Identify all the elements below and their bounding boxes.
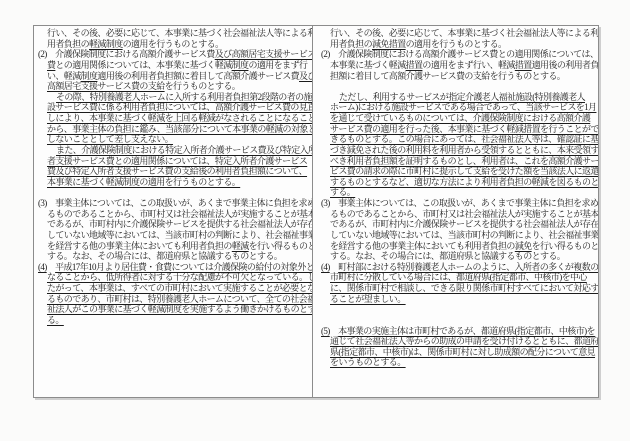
- revised-text-run: 町村部における特別養護老人ホームのように、入所者の多くが複数の: [338, 262, 598, 272]
- text-run: であるが、市町村内に介護保険サービスを提供する社会福祉法人が存在: [330, 219, 598, 229]
- text-line: (4) 町村部における特別養護老人ホームのように、入所者の多くが複数の: [320, 262, 596, 273]
- text-line: たがって、本事業は、すべての市町村において実施することが必要とな: [37, 283, 310, 294]
- text-line: 費との適用関係については、本事業に基づく軽減制度の適用をまず行: [37, 60, 310, 71]
- text-line: 行い、その後、必要に応じて、本事業に基づく社会福祉法人等による利: [37, 28, 310, 39]
- blank-line: [37, 187, 310, 198]
- text-line: なることから、低所得者に対する十分な配慮が不可欠となっている。し: [37, 272, 310, 283]
- text-run: 用者負担の: [330, 39, 372, 49]
- text-run: との適用関係については、本事業に基づく軽減: [55, 60, 231, 70]
- revised-text-run: 減免: [515, 241, 532, 251]
- revised-text-run: しないこととして差し支えない。: [47, 134, 173, 144]
- revised-text-run: 祉法人がこの事業に基づく軽減制度を実施するよう働きかけるものとす: [47, 304, 313, 314]
- text-run: るものであることから、市町村又は社会福祉法人が実施することが基本: [330, 209, 598, 219]
- text-run: (3) 事業主体については、この取扱いが、あくまで事業主体に負担を求め: [321, 198, 598, 208]
- text-line: (3) 事業主体については、この取扱いが、あくまで事業主体に負担を求め: [37, 198, 310, 209]
- text-run: [330, 262, 338, 272]
- text-line: また、介護保険制度における特定入所者介護サービス費及び特定入所: [37, 145, 310, 156]
- text-run: の適用を行うものとする。: [406, 39, 507, 49]
- text-line: (2) 介護保険制度における高額介護サービス費との適用関係については、: [320, 49, 596, 60]
- text-line: する。なお、その場合には、都道府県と協議するものとする。: [37, 251, 310, 262]
- revised-text-run: をいうものとする。: [330, 357, 406, 367]
- text-line: その際、特別養護老人ホームに入所する利用者負担第2段階の者の施: [37, 92, 310, 103]
- text-run: する。なお、その場合には、都道府県と協議するものとする。: [47, 251, 282, 261]
- text-line: 用者負担の軽減制度の適用を行うものとする。: [37, 39, 310, 50]
- revised-text-run: ただし、利用するサービスが指定介護老人福祉施設(特別養護老人: [339, 92, 585, 102]
- text-line: (2) 介護保険制度における高額介護サービス費及び高額居宅支援サービス: [37, 49, 310, 60]
- revised-text-run: 平成17年10月より居住費・食費については介護保険の給付の対象外と: [55, 262, 313, 272]
- revised-text-run: たがって、本事業は、すべての市町村において実施することが必要とな: [47, 283, 313, 293]
- text-line: 本事業に基づく軽減措置の適用をまず行い、軽減措置適用後の利用者負: [320, 60, 596, 71]
- text-line: るものであることから、市町村又は社会福祉法人が実施することが基本: [320, 209, 596, 220]
- text-run: (2) 介護保険制度における高額介護サービス費との適用関係については、: [321, 49, 598, 59]
- text-run: 行い、その後、必要に応じて、本事業に基づく社会福祉法人等による利: [47, 28, 313, 38]
- revised-text-run: 軽減: [232, 241, 249, 251]
- text-line: する。: [320, 187, 596, 198]
- text-run: を経営する他の事業主体においても利用者負担の: [330, 241, 515, 251]
- revised-text-run: きるものとする。この場合にあっては、社会福祉法人等は、確認証に基: [330, 134, 598, 144]
- revised-text-run: 者支援サービス費との適用関係については、特定入所者介護サービス: [47, 156, 307, 166]
- comparison-table: 行い、その後、必要に応じて、本事業に基づく社会福祉法人等による利用者負担の軽減制…: [33, 25, 599, 398]
- text-line: であるが、市町村内に介護保険サービスを提供する社会福祉法人が存在: [320, 219, 596, 230]
- text-line: する。なお、その場合には、都道府県と協議するものとする。: [320, 251, 596, 262]
- blank-line: [320, 304, 596, 315]
- text-run: 用者負担の: [47, 39, 89, 49]
- revised-text-run: 軽減制度: [89, 39, 123, 49]
- text-line: を通じて受けているものについては、介護保険制度における高額介護: [320, 113, 596, 124]
- text-line: 県(指定都市、中核市)は、関係市町村に対し助成額の配分について意見: [320, 347, 596, 358]
- text-line: きるものとする。この場合にあっては、社会福祉法人等は、確認証に基: [320, 134, 596, 145]
- blank-line: [320, 315, 596, 326]
- revised-text-run: ビス費の請求の際に市町村に提示して支給を受けた額を当該法人に返還: [330, 166, 598, 176]
- revised-text-run: べき利用者負担額を証明するものとし、利用者は、これを高額介護サー: [330, 156, 598, 166]
- blank-line: [320, 81, 596, 92]
- revised-text-run: するものとするなど、適切な方法により利用者負担の軽減を図るものと: [330, 177, 598, 187]
- text-run: 適用後の利用者負担額に着目して高額介護サービス費: [97, 71, 299, 81]
- text-line: ただし、利用するサービスが指定介護老人福祉施設(特別養護老人: [320, 92, 596, 103]
- text-run: の適用を行うものとする。: [123, 39, 224, 49]
- revised-text-run: 措置: [406, 60, 423, 70]
- revised-text-run: なることから、低所得者に対する十分な配慮が不可欠となっている。し: [47, 272, 313, 282]
- text-line: い、軽減制度適用後の利用者負担額に着目して高額介護サービス費及び: [37, 71, 310, 82]
- revised-text-run: を通じて受けているものについては、介護保険制度における高額介護: [330, 113, 590, 123]
- text-run: 適用後の利用者負: [532, 60, 598, 70]
- text-run: い、軽減: [47, 71, 81, 81]
- revised-text-run: ることが望ましい。: [330, 294, 406, 304]
- text-line: するものとするなど、適切な方法により利用者負担の軽減を図るものと: [320, 177, 596, 188]
- text-run: していない地域等においては、当該市町村の判断により、社会福祉事業: [47, 230, 313, 240]
- text-run: 本事業に基づく軽減: [330, 60, 406, 70]
- text-run: を行い得るものと: [532, 241, 598, 251]
- text-line: を経営する他の事業主体においても利用者負担の軽減を行い得るものと: [37, 241, 310, 252]
- text-line: ることが望ましい。: [320, 294, 596, 305]
- text-run: (2) 介護保険制度における高額介護サービス費: [38, 49, 215, 59]
- text-run: [330, 326, 338, 336]
- revised-text-run: るものであり、市町村は、特別養護老人ホームについて、全ての社会福: [47, 294, 313, 304]
- revised-text-run: 措置: [515, 60, 532, 70]
- text-line: を経営する他の事業主体においても利用者負担の減免を行い得るものと: [320, 241, 596, 252]
- text-line: 高額居宅支援サービス費の支給を行うものとする。: [37, 81, 310, 92]
- text-line: づき減免された後の利用料を利用者から受領するとともに、本来受領す: [320, 145, 596, 156]
- text-line: しにより、本事業に基づく軽減を上回る軽減がなされることになること: [37, 113, 310, 124]
- text-line: から、事業主体の負担に鑑み、当該部分について本事業の軽減の対象と: [37, 124, 310, 135]
- revised-text-run: (4): [321, 262, 330, 272]
- text-run: [47, 262, 55, 272]
- text-line: 通じて社会福祉法人等からの助成の申請を受け付けるとともに、都道府: [320, 336, 596, 347]
- text-line: 担額に着目して高額介護サービス費の支給を行うものとする。: [320, 71, 596, 82]
- text-line: 市町村に分散している場合には、都道府県(指定都市、中核市)を中心: [320, 272, 596, 283]
- text-line: 本事業に基づく軽減制度の適用を行うものとする。: [37, 177, 310, 188]
- text-run: を行い得るものと: [249, 241, 313, 251]
- text-run: 担額に着目して高額介護サービス費の支給を行うものとする。: [330, 71, 565, 81]
- revised-text-run: から、事業主体の負担に鑑み、当該部分について本事業の軽減の対象と: [47, 124, 313, 134]
- text-line: ビス費の請求の際に市町村に提示して支給を受けた額を当該法人に返還: [320, 166, 596, 177]
- text-line: サービス費の適用を行った後、本事業に基づく軽減措置を行うことがで: [320, 124, 596, 135]
- text-line: るものであり、市町村は、特別養護老人ホームについて、全ての社会福: [37, 294, 310, 305]
- text-line: をいうものとする。: [320, 357, 596, 368]
- revised-text-run: (5): [321, 326, 330, 336]
- revised-text-run: 減免措置: [372, 39, 406, 49]
- text-line: (4) 平成17年10月より居住費・食費については介護保険の給付の対象外と: [37, 262, 310, 273]
- revised-text-run: ホーム)における施設サービスである場合であって、当該サービスを1月: [330, 102, 596, 112]
- text-line: に、関係市町村で相談し、できる限り関係市町村すべてにおいて対応す: [320, 283, 596, 294]
- text-run: を経営する他の事業主体においても利用者負担の: [47, 241, 232, 251]
- text-line: 者支援サービス費との適用関係については、特定入所者介護サービス: [37, 156, 310, 167]
- revised-text-run: 設サービス費に係る利用者負担については、高額介護サービス費の見直: [47, 102, 313, 112]
- revised-text-run: 本事業に基づく軽減制度の適用を行うものとする。: [47, 177, 240, 187]
- revised-text-run: 高額居宅支援サービス費の支給: [47, 81, 165, 91]
- revised-text-run: 及び高額居宅支援サービス: [215, 49, 313, 59]
- revised-text-run: また、介護保険制度における特定入所者介護サービス費及び特定入所: [56, 145, 313, 155]
- left-column-panel: 行い、その後、必要に応じて、本事業に基づく社会福祉法人等による利用者負担の軽減制…: [34, 26, 313, 397]
- text-line: であるが、市町村内に介護保険サービスを提供する社会福祉法人が存在: [37, 219, 310, 230]
- text-line: 用者負担の減免措置の適用を行うものとする。: [320, 39, 596, 50]
- text-line: べき利用者負担額を証明するものとし、利用者は、これを高額介護サー: [320, 156, 596, 167]
- text-line: していない地域等においては、当該市町村の判断により、社会福祉事業: [320, 230, 596, 241]
- text-run: 行い、その後、必要に応じて、本事業に基づく社会福祉法人等による利: [330, 28, 598, 38]
- revised-text-run: 制度: [232, 60, 249, 70]
- text-line: (3) 事業主体については、この取扱いが、あくまで事業主体に負担を求め: [320, 198, 596, 209]
- revised-text-run: 費及び特定入所者支援サービス費の支給後の利用者負担額について、: [47, 166, 307, 176]
- revised-text-run: 及び: [299, 71, 313, 81]
- text-run: の適用をまず行い、軽減: [422, 60, 514, 70]
- revised-text-run: しにより、本事業に基づく軽減を上回る軽減がなされることになること: [47, 113, 313, 123]
- revised-text-run: 本事業の実施主体は市町村であるが、都道府県(指定都市、中核市)を: [338, 326, 595, 336]
- text-run: るものであることから、市町村又は社会福祉法人が実施することが基本: [47, 209, 313, 219]
- text-line: るものであることから、市町村又は社会福祉法人が実施することが基本: [37, 209, 310, 220]
- revised-text-run: 県(指定都市、中核市)は、関係市町村に対し助成額の配分について意見: [330, 347, 595, 357]
- text-line: ホーム)における施設サービスである場合であって、当該サービスを1月: [320, 102, 596, 113]
- text-line: しないこととして差し支えない。: [37, 134, 310, 145]
- revised-text-run: 市町村に分散している場合には、都道府県(指定都市、中核市)を中心: [330, 272, 587, 282]
- revised-text-run: づき減免された後の利用料を利用者から受領するとともに、本来受領す: [330, 145, 598, 155]
- right-column-panel: 行い、その後、必要に応じて、本事業に基づく社会福祉法人等による利用者負担の減免措…: [313, 26, 598, 397]
- text-run: していない地域等においては、当該市町村の判断により、社会福祉事業: [330, 230, 598, 240]
- revised-text-run: サービス費の適用を行った後、本事業に基づく軽減措置を行うことがで: [330, 124, 598, 134]
- text-run: する。なお、その場合には、都道府県と協議するものとする。: [330, 251, 565, 261]
- revised-text-run: 通じて社会福祉法人等からの助成の申請を受け付けるとともに、都道府: [330, 336, 598, 346]
- text-run: を行うものとする。: [165, 81, 241, 91]
- text-line: (5) 本事業の実施主体は市町村であるが、都道府県(指定都市、中核市)を: [320, 326, 596, 337]
- revised-text-run: 制度: [81, 71, 98, 81]
- text-run: (3) 事業主体については、この取扱いが、あくまで事業主体に負担を求め: [38, 198, 313, 208]
- revised-text-run: する。: [330, 187, 355, 197]
- revised-text-run: に、関係市町村で相談し、できる限り関係市町村すべてにおいて対応す: [330, 283, 598, 293]
- text-line: していない地域等においては、当該市町村の判断により、社会福祉事業: [37, 230, 310, 241]
- text-line: る。: [37, 315, 310, 326]
- text-line: 祉法人がこの事業に基づく軽減制度を実施するよう働きかけるものとす: [37, 304, 310, 315]
- revised-text-run: (4): [38, 262, 47, 272]
- revised-text-run: その際、特別養護老人ホームに入所する利用者負担第2段階の者の施: [56, 92, 312, 102]
- text-line: 設サービス費に係る利用者負担については、高額介護サービス費の見直: [37, 102, 310, 113]
- text-run: であるが、市町村内に介護保険サービスを提供する社会福祉法人が存在: [47, 219, 313, 229]
- text-line: 行い、その後、必要に応じて、本事業に基づく社会福祉法人等による利: [320, 28, 596, 39]
- revised-text-run: る。: [47, 315, 64, 325]
- text-line: 費及び特定入所者支援サービス費の支給後の利用者負担額について、: [37, 166, 310, 177]
- text-run: の適用をまず行: [248, 60, 307, 70]
